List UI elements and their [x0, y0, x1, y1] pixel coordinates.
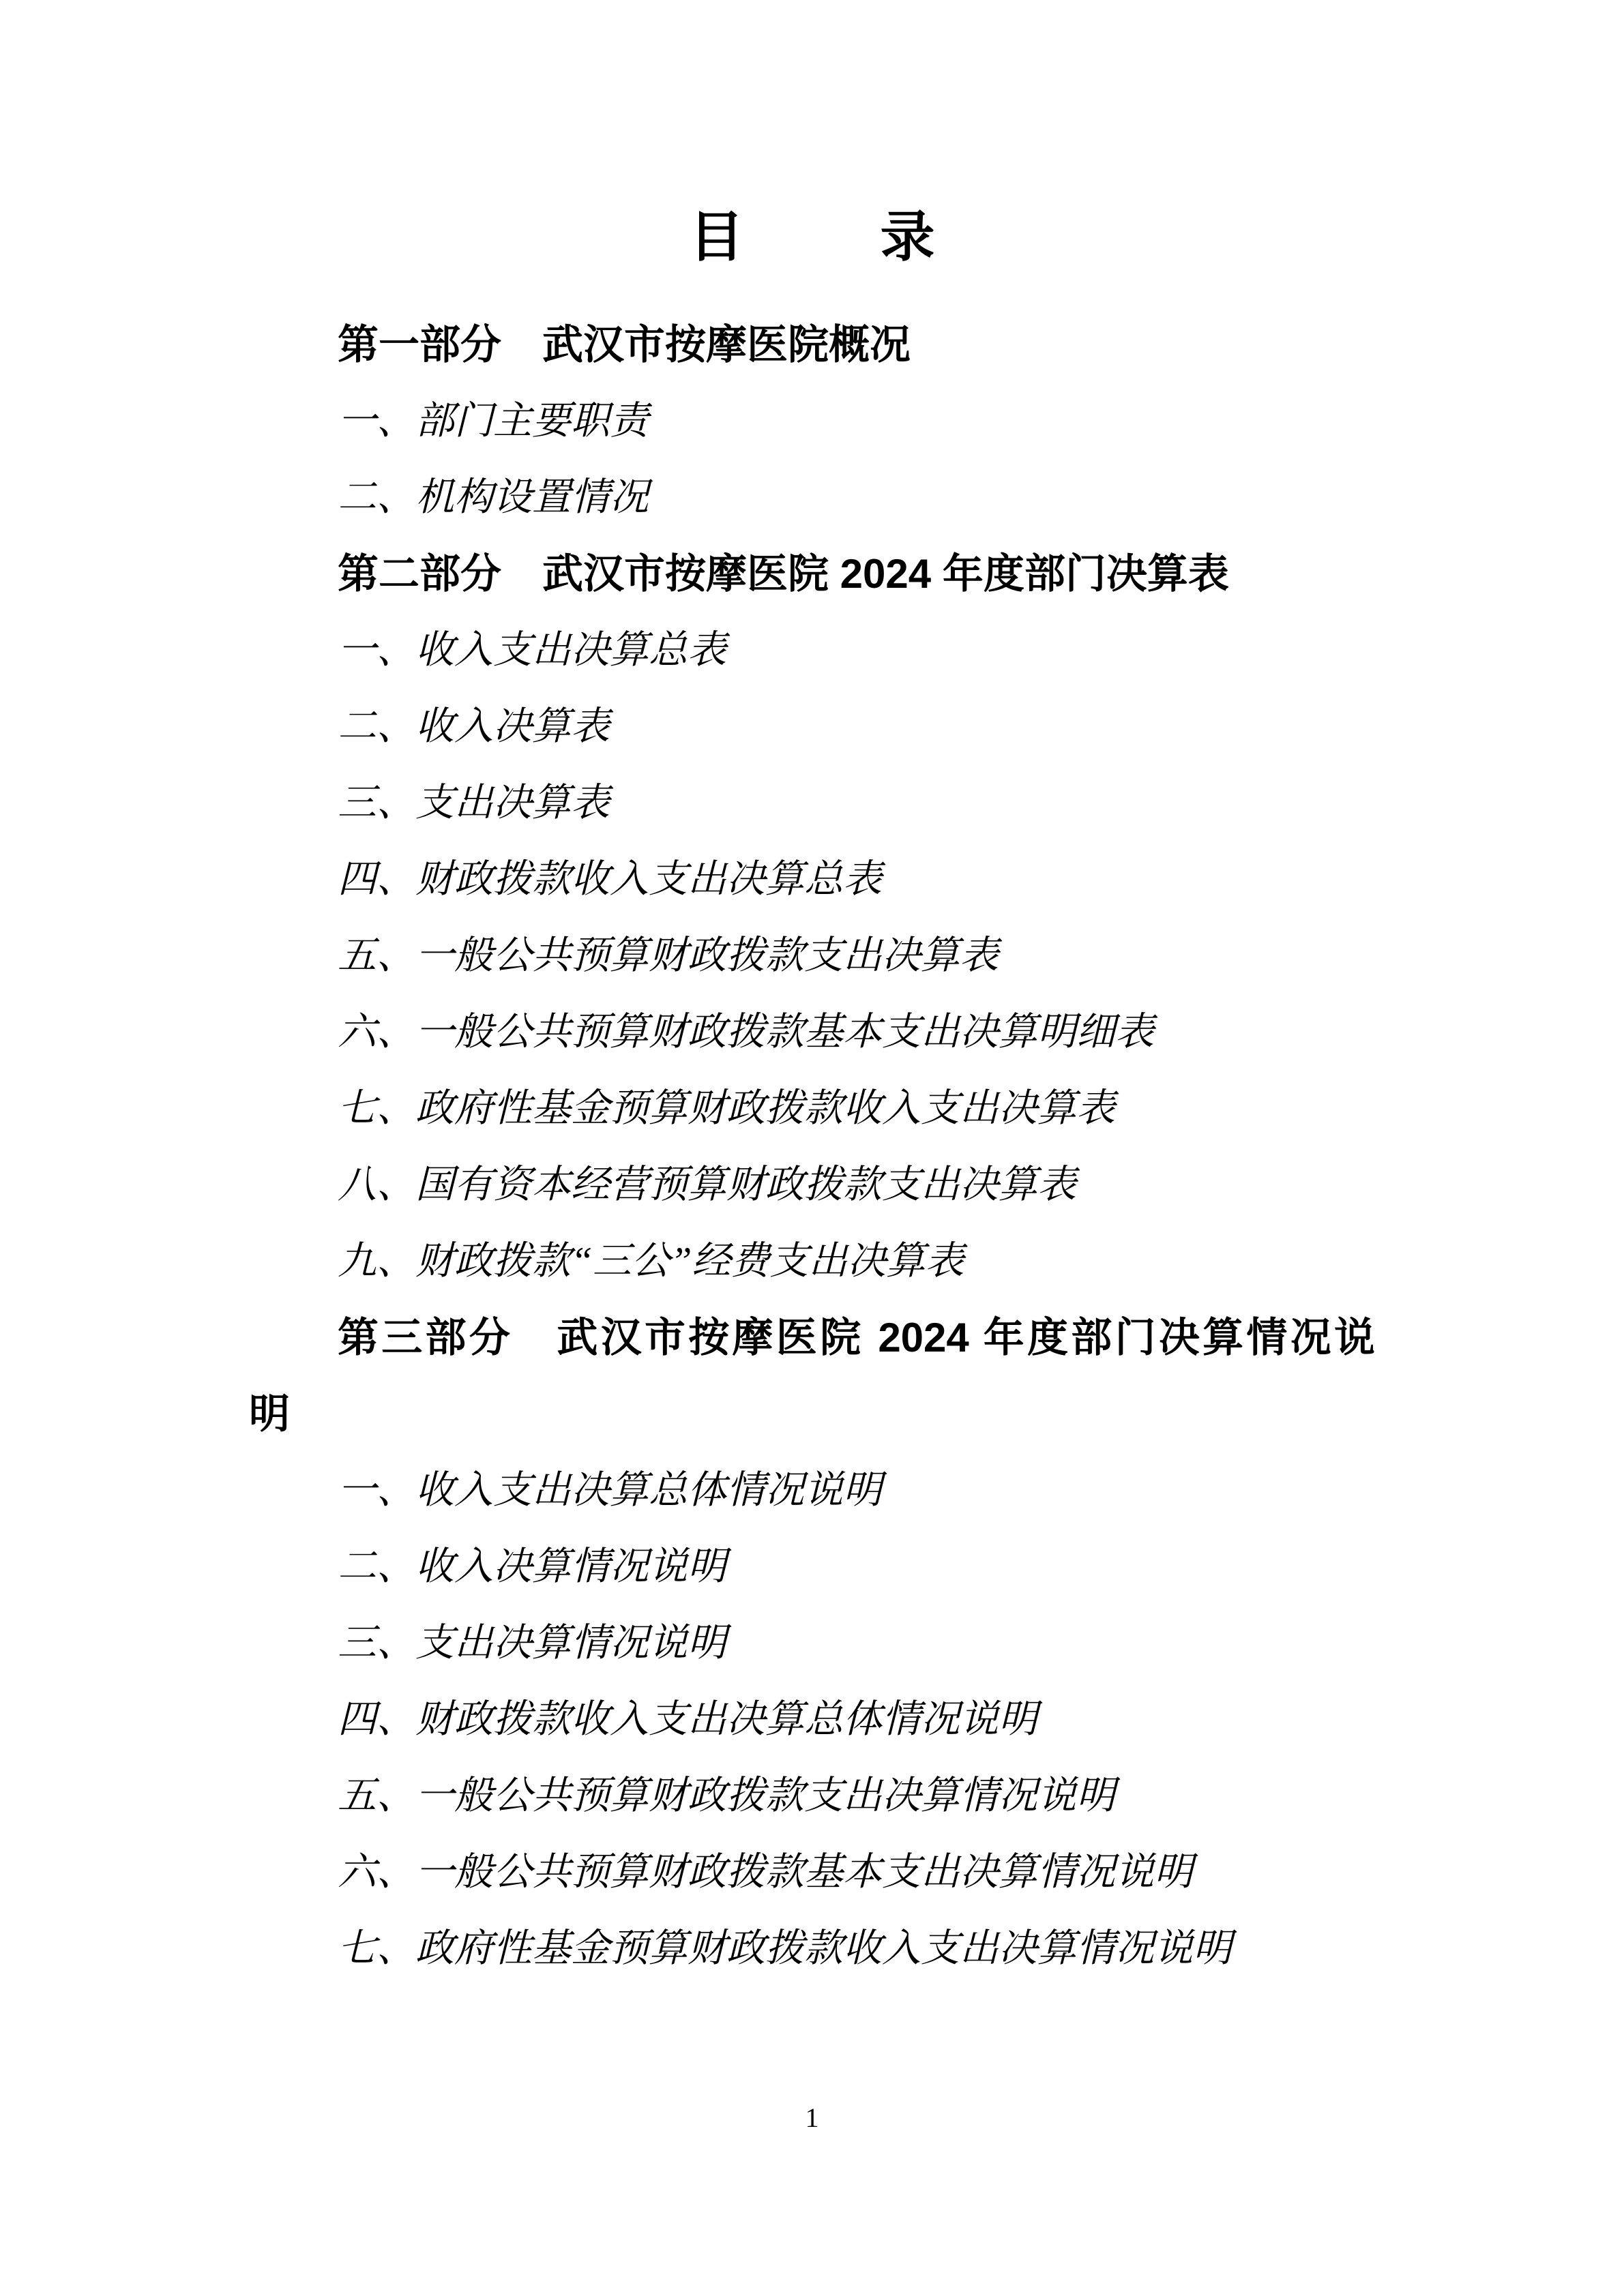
toc-item-s2-7: 七、政府性基金预算财政拨款收入支出决算表 [249, 1071, 1375, 1147]
toc-item-s2-4: 四、财政拨款收入支出决算总表 [249, 841, 1375, 918]
toc-item-s3-4: 四、财政拨款收入支出决算总体情况说明 [249, 1682, 1375, 1758]
toc-item-s2-5: 五、一般公共预算财政拨款支出决算表 [249, 918, 1375, 994]
section-1-heading: 第一部分 武汉市按摩医院概况 [249, 307, 1375, 383]
section-2-heading: 第二部分 武汉市按摩医院 2024 年度部门决算表 [249, 536, 1375, 612]
toc-item-s3-6: 六、一般公共预算财政拨款基本支出决算情况说明 [249, 1834, 1375, 1911]
document-page: 目 录 第一部分 武汉市按摩医院概况 一、部门主要职责 二、机构设置情况 第二部… [0, 0, 1624, 2296]
toc-item-s2-2: 二、收入决算表 [249, 689, 1375, 765]
toc-item-s1-2: 二、机构设置情况 [249, 460, 1375, 536]
toc-title-char-first: 目 [690, 196, 744, 278]
toc-item-s3-5: 五、一般公共预算财政拨款支出决算情况说明 [249, 1758, 1375, 1834]
toc-item-s3-7: 七、政府性基金预算财政拨款收入支出决算情况说明 [249, 1911, 1375, 1987]
section-3-heading-line-1: 第三部分 武汉市按摩医院 2024 年度部门决算情况说 [249, 1300, 1375, 1376]
toc-content: 目 录 第一部分 武汉市按摩医院概况 一、部门主要职责 二、机构设置情况 第二部… [249, 196, 1375, 1987]
toc-item-s3-1: 一、收入支出决算总体情况说明 [249, 1452, 1375, 1529]
section-3-heading-line-2: 明 [249, 1376, 1375, 1452]
toc-title-char-second: 录 [881, 196, 935, 278]
toc-item-s2-1: 一、收入支出决算总表 [249, 612, 1375, 689]
toc-title: 目 录 [249, 196, 1375, 278]
toc-item-s2-6: 六、一般公共预算财政拨款基本支出决算明细表 [249, 994, 1375, 1071]
toc-item-s2-9: 九、财政拨款“三公”经费支出决算表 [249, 1223, 1375, 1300]
toc-item-s3-3: 三、支出决算情况说明 [249, 1605, 1375, 1682]
page-number: 1 [0, 2102, 1624, 2134]
toc-item-s2-8: 八、国有资本经营预算财政拨款支出决算表 [249, 1147, 1375, 1223]
toc-item-s1-1: 一、部门主要职责 [249, 383, 1375, 460]
toc-item-s3-2: 二、收入决算情况说明 [249, 1529, 1375, 1605]
toc-item-s2-3: 三、支出决算表 [249, 765, 1375, 841]
